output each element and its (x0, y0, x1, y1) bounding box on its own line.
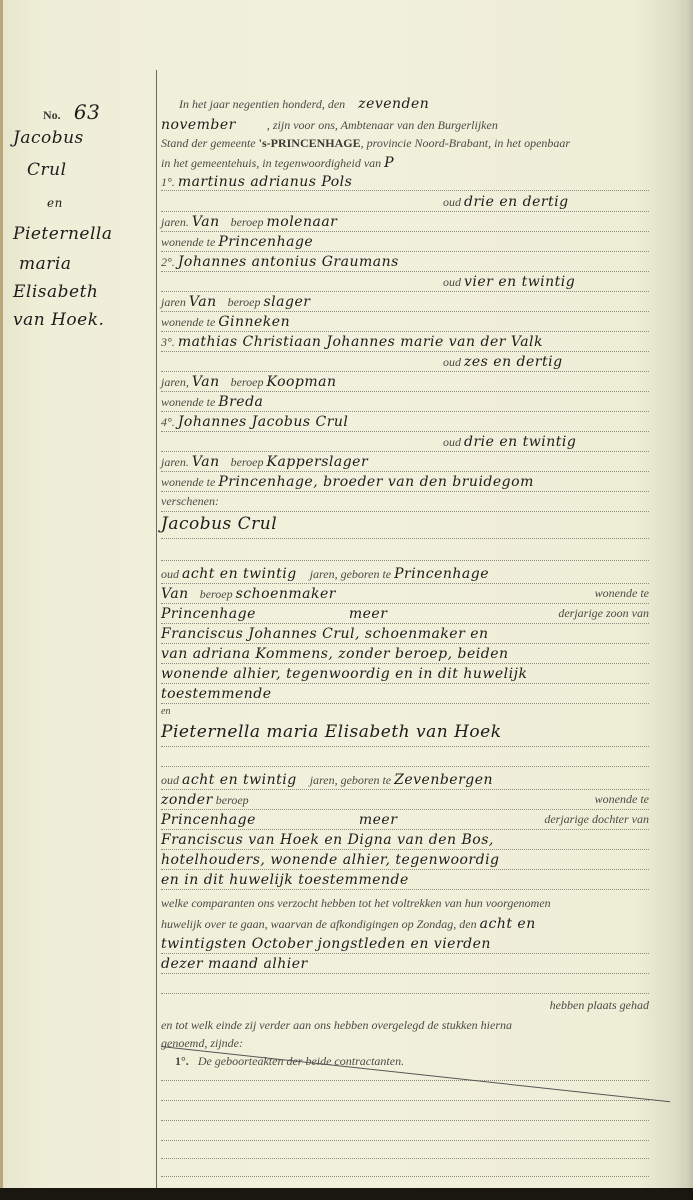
bride-name: Pieternella maria Elisabeth van Hoek (161, 722, 649, 746)
margin-bride-3: Elisabeth (13, 282, 98, 302)
intro-line-2: november , zijn voor ons, Ambtenaar van … (161, 117, 649, 137)
margin-rule (156, 70, 157, 1188)
closing-line-1: welke comparanten ons verzocht hebben to… (161, 896, 649, 916)
margin-groom-first: Jacobus (13, 128, 84, 148)
witness-1-name-line: 1°. martinus adrianus Pols (161, 174, 649, 194)
intro-line-3: Stand der gemeente 's-PRINCENHAGE, provi… (161, 136, 649, 156)
closing-line-6: hebben plaats gehad (161, 998, 649, 1018)
margin-bride-2: maria (19, 254, 71, 274)
document-item-1: 1°. De geboorteakten der beide contracta… (175, 1054, 663, 1074)
number-value: 63 (74, 100, 100, 124)
book-edge (0, 1188, 693, 1200)
register-page: No. 63 Jacobus Crul en Pieternella maria… (0, 0, 691, 1188)
margin-bride-1: Pieternella (13, 224, 112, 244)
closing-line-7: en tot welk einde zij verder aan ons heb… (161, 1018, 649, 1038)
page-edge (685, 0, 693, 1188)
number-label: No. (43, 108, 61, 122)
groom-name: Jacobus Crul (161, 514, 649, 538)
municipality: 's-PRINCENHAGE (259, 136, 361, 150)
intro-line-4: in het gemeentehuis, in tegenwoordigheid… (161, 155, 649, 175)
margin-bride-4: van Hoek. (13, 310, 104, 330)
margin-groom-last: Crul (27, 160, 67, 180)
margin-en: en (47, 196, 63, 210)
record-number: No. 63 (43, 100, 100, 124)
closing-line-2: huwelijk over te gaan, waarvan de afkond… (161, 916, 649, 936)
intro-line-1: In het jaar negentien honderd, den zeven… (179, 96, 667, 116)
